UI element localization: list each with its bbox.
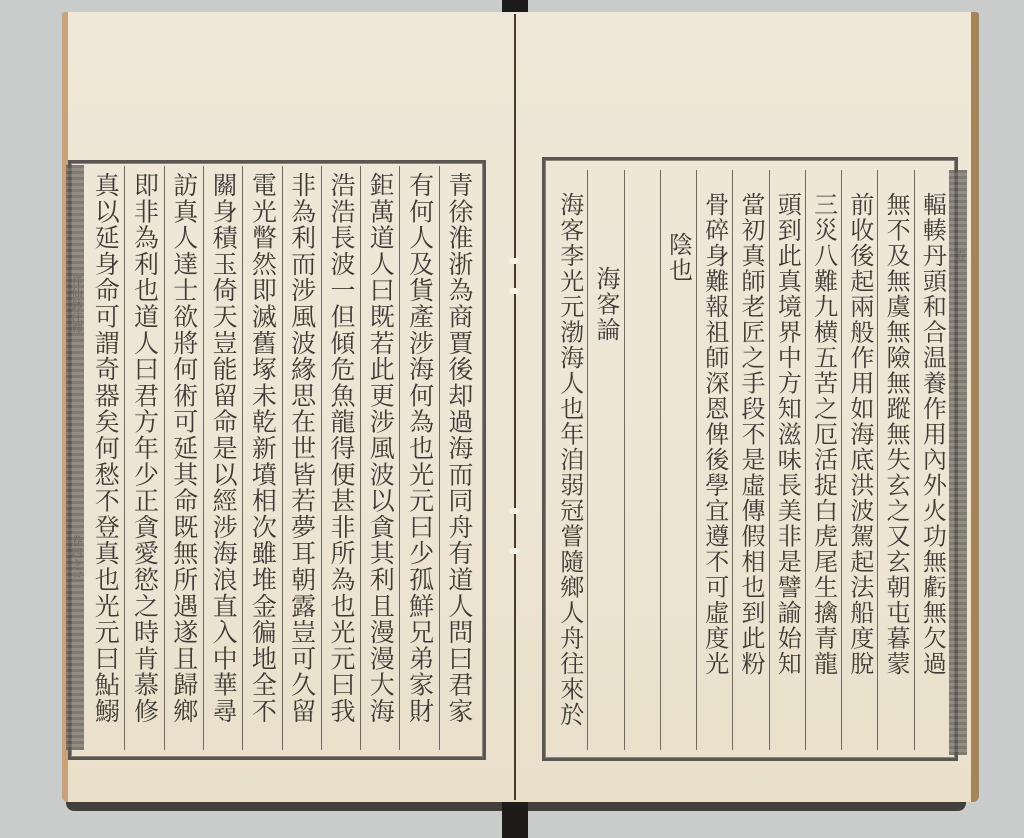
blank-column [624, 170, 660, 750]
text-column: 有何人及貨產涉海何為也光元曰少孤鮮兄弟家財 [399, 166, 438, 750]
stitch-thread [509, 258, 519, 264]
text-column: 鉅萬道人曰既若此更涉風波以貪其利且漫漫大海 [360, 166, 399, 750]
text-column: 三災八難九横五苦之厄活捉白虎尾生擒青龍 [805, 170, 841, 750]
text-column: 骨碎身難報祖師深恩俾後學宜遵不可虛度光 [696, 170, 732, 750]
text-column: 真以延身命可謂奇器矣何愁不登真也光元曰鮎鰯 [86, 166, 124, 750]
left-page-text: 青徐淮浙為商賈後却過海而同舟有道人問曰君家 有何人及貨產涉海何為也光元曰少孤鮮兄… [86, 166, 478, 750]
text-column: 輻輳丹頭和合温養作用內外火功無虧無欠過 [914, 170, 950, 750]
text-column: 非為利而涉風波緣思在世皆若夢耳朝露豈可久留 [282, 166, 321, 750]
stitch-thread [509, 288, 519, 294]
text-column: 陰也 [660, 170, 696, 750]
book-gutter [514, 14, 516, 800]
text-column: 青徐淮浙為商賈後却過海而同舟有道人問曰君家 [439, 166, 478, 750]
left-fore-edge: 祥仙鉢注釋 卷四之三 [66, 165, 84, 750]
stitch-thread [509, 508, 519, 514]
text-column: 當初真師老匠之手段不是虛傳假相也到此粉 [732, 170, 768, 750]
text-column: 關身積玉倚天豈能留命是以經涉海浪直入中華尋 [203, 166, 242, 750]
text-column: 海客李光元渤海人也年洎弱冠嘗隨鄉人舟往來於 [552, 170, 587, 750]
fore-edge-volume: 卷 [952, 250, 968, 262]
right-page-text: 輻輳丹頭和合温養作用內外火功無虧無欠過 無不及無虞無險無蹤無失玄之又玄朝屯暮蒙 … [552, 170, 950, 750]
text-column: 浩浩長波一但傾危魚龍得便甚非所為也光元曰我 [321, 166, 360, 750]
fore-edge-title: 祥仙鉢注釋 [68, 275, 84, 335]
right-fore-edge: 卷 [949, 170, 967, 755]
text-column: 即非為利也道人曰君方年少正貪愛慾之時肯慕修 [124, 166, 163, 750]
text-column: 訪真人達士欲將何術可延其命既無所遇遂且歸鄉 [164, 166, 203, 750]
text-column: 電光瞥然即滅舊塚未乾新墳相次雖堆金徧地全不 [242, 166, 281, 750]
book-strap-bottom [502, 800, 528, 838]
text-column: 無不及無虞無險無蹤無失玄之又玄朝屯暮蒙 [877, 170, 913, 750]
chapter-title: 海客論 [587, 170, 623, 750]
text-column: 頭到此真境界中方知滋味長美非是譬諭始知 [769, 170, 805, 750]
text-column: 前收後起兩般作用如海底洪波駕起法船度脫 [841, 170, 877, 750]
fore-edge-volume: 卷四之三 [68, 535, 84, 583]
stitch-thread [509, 548, 519, 554]
